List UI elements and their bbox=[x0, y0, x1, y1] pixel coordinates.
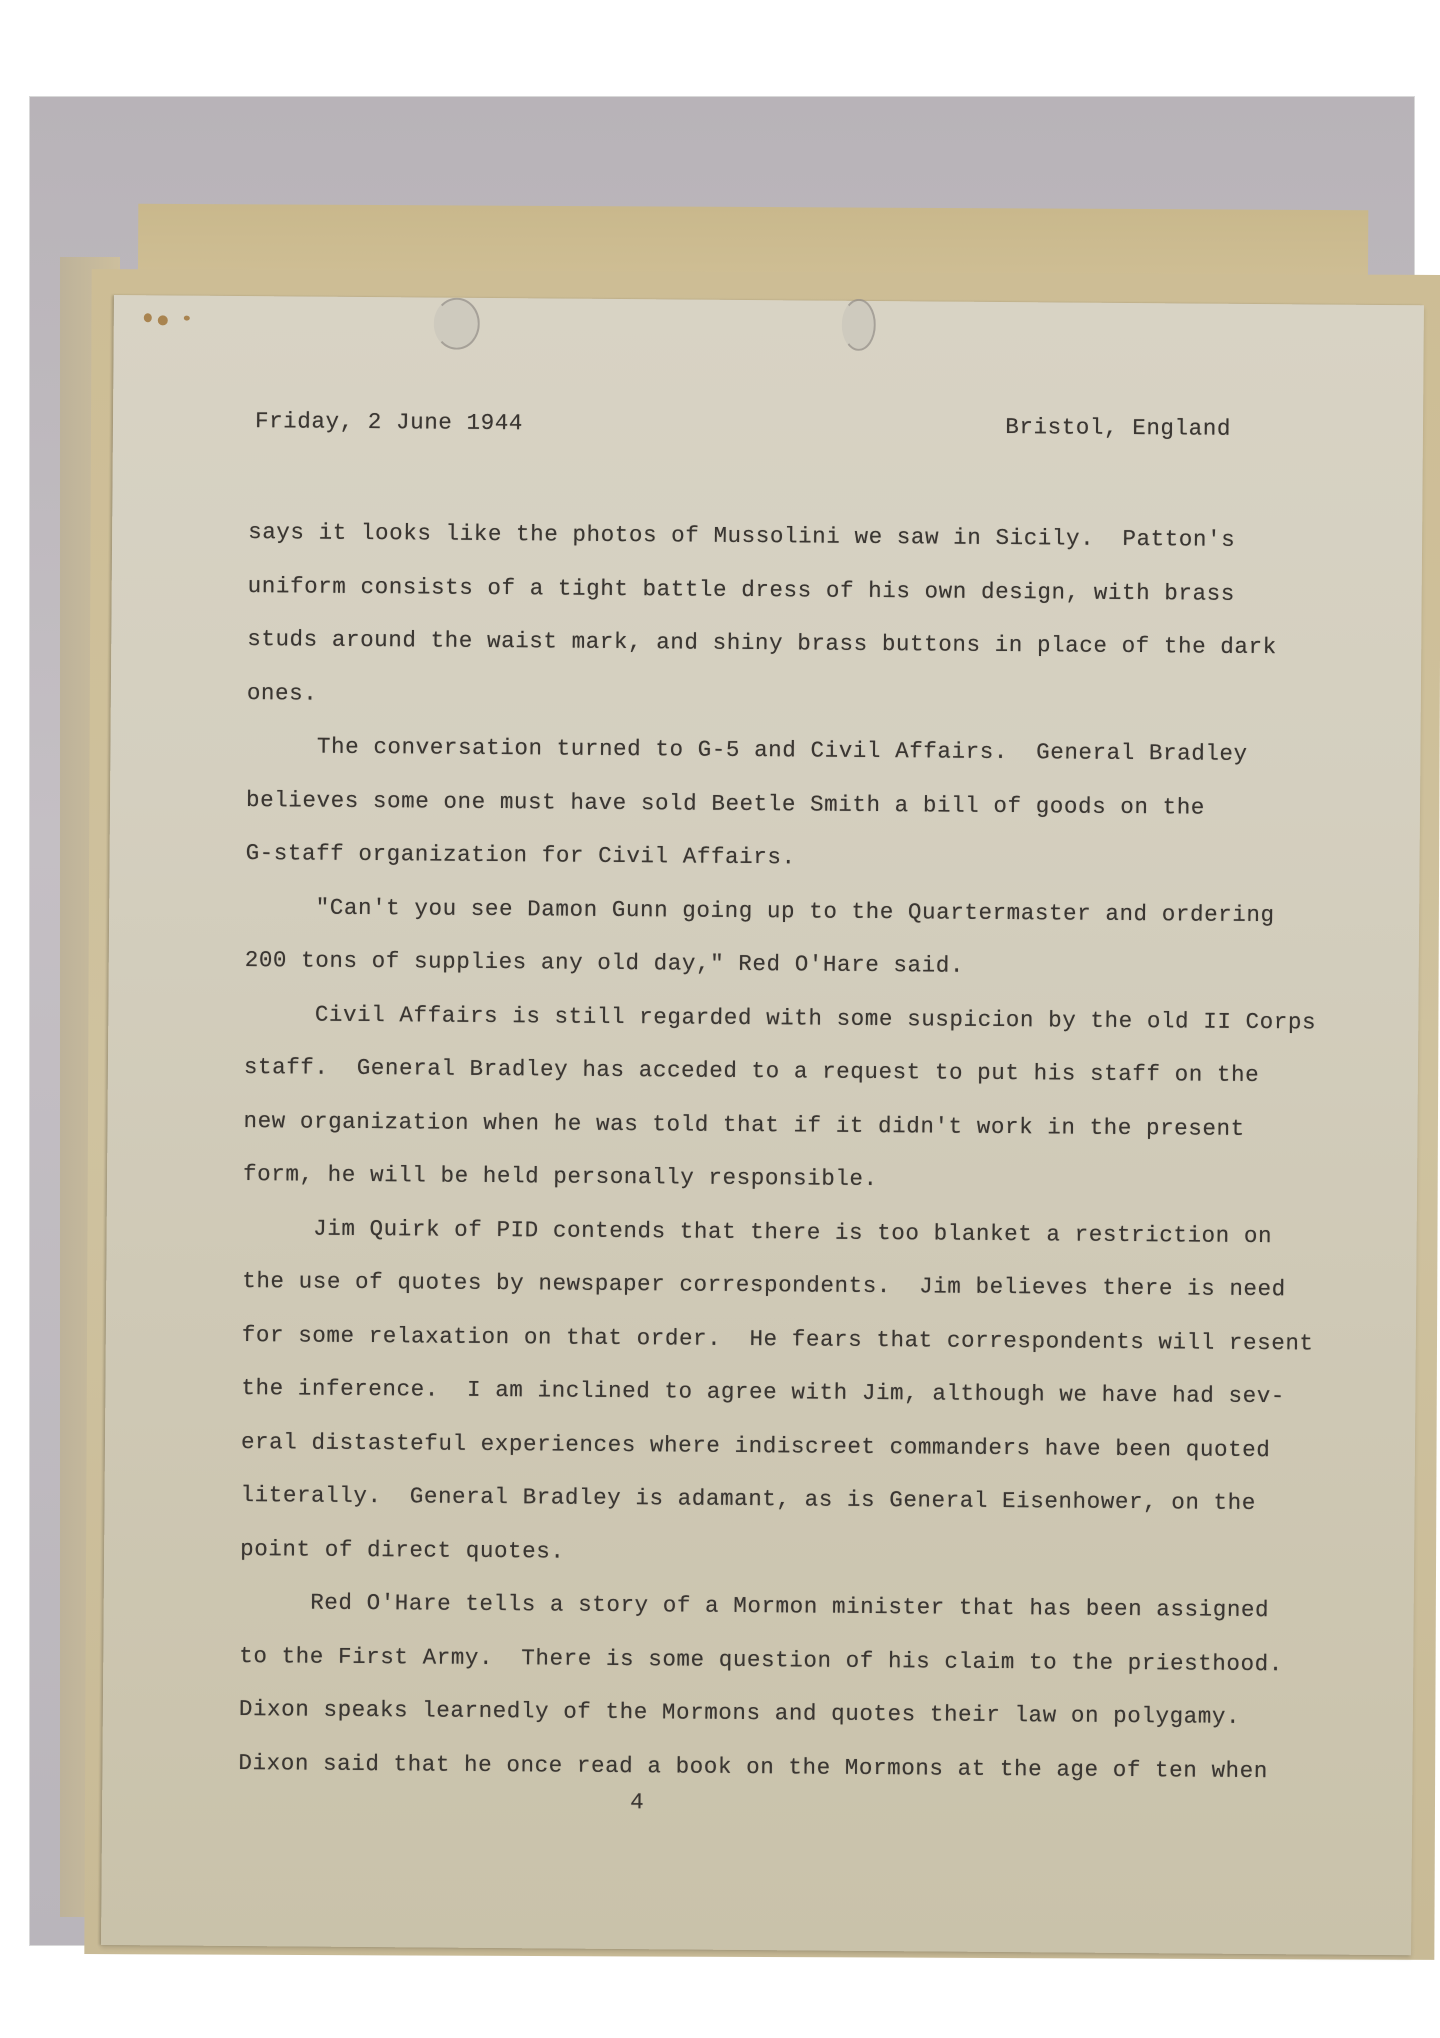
text-line: eral distasteful experiences where indis… bbox=[241, 1416, 1281, 1478]
rust-stain bbox=[144, 313, 152, 322]
typewritten-page: Friday, 2 June 1944 Bristol, England say… bbox=[101, 295, 1424, 1955]
text-line: point of direct quotes. bbox=[240, 1523, 1280, 1585]
rust-stain bbox=[158, 315, 168, 325]
page-number: 4 bbox=[630, 1789, 644, 1815]
text-line: the use of quotes by newspaper correspon… bbox=[242, 1255, 1282, 1317]
text-line: 200 tons of supplies any old day," Red O… bbox=[245, 934, 1285, 996]
text-line: the inference. I am inclined to agree wi… bbox=[241, 1362, 1281, 1424]
diary-date: Friday, 2 June 1944 bbox=[255, 408, 523, 436]
diary-location: Bristol, England bbox=[1005, 414, 1231, 442]
diary-body: says it looks like the photos of Mussoli… bbox=[238, 506, 1288, 1798]
scanned-photo: Friday, 2 June 1944 Bristol, England say… bbox=[30, 97, 1414, 1945]
text-line: staff. General Bradley has acceded to a … bbox=[244, 1041, 1284, 1103]
text-line: for some relaxation on that order. He fe… bbox=[242, 1309, 1282, 1371]
text-line: Jim Quirk of PID contends that there is … bbox=[242, 1202, 1282, 1264]
text-line: Civil Affairs is still regarded with som… bbox=[244, 988, 1284, 1050]
text-line: new organization when he was told that i… bbox=[243, 1095, 1283, 1157]
text-line: says it looks like the photos of Mussoli… bbox=[248, 506, 1288, 568]
text-line: form, he will be held personally respons… bbox=[243, 1148, 1283, 1210]
punch-hole-right bbox=[842, 299, 876, 351]
text-line: Red O'Hare tells a story of a Mormon min… bbox=[240, 1576, 1280, 1638]
text-line: to the First Army. There is some questio… bbox=[239, 1630, 1279, 1692]
text-line: ones. bbox=[247, 667, 1287, 729]
text-line: believes some one must have sold Beetle … bbox=[246, 774, 1286, 836]
text-line: Dixon said that he once read a book on t… bbox=[238, 1737, 1278, 1799]
text-line: literally. General Bradley is adamant, a… bbox=[240, 1469, 1280, 1531]
text-line: The conversation turned to G-5 and Civil… bbox=[246, 720, 1286, 782]
text-line: G-staff organization for Civil Affairs. bbox=[245, 827, 1285, 889]
text-line: Dixon speaks learnedly of the Mormons an… bbox=[239, 1683, 1279, 1745]
rust-stain bbox=[184, 316, 190, 321]
text-line: "Can't you see Damon Gunn going up to th… bbox=[245, 881, 1285, 943]
punch-hole-left bbox=[434, 298, 480, 350]
text-line: studs around the waist mark, and shiny b… bbox=[247, 613, 1287, 675]
text-line: uniform consists of a tight battle dress… bbox=[248, 560, 1288, 622]
